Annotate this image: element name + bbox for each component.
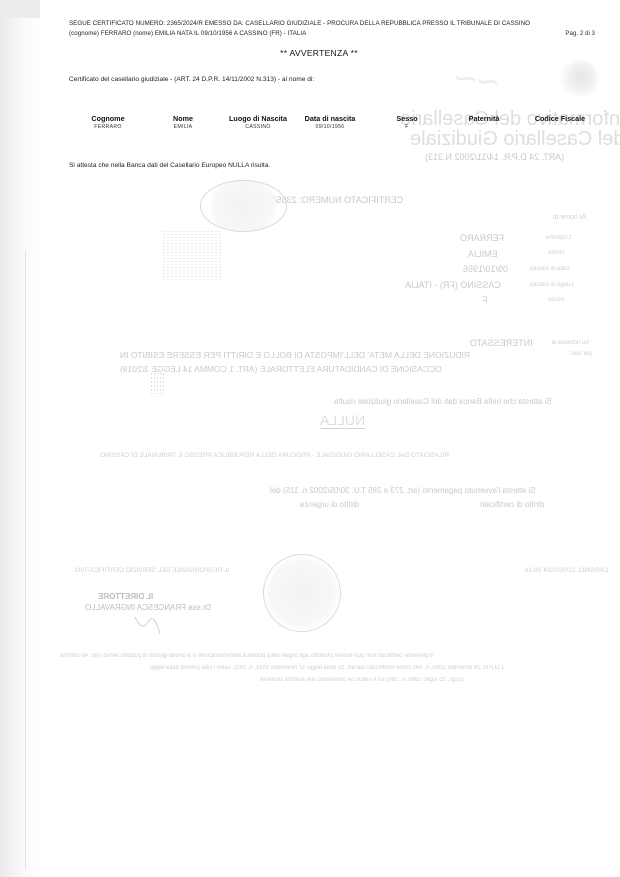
european-registry-statement: Si attesta che nella Banca dati del Case… <box>69 162 270 169</box>
ghost-pagamento: Si attesta l'avvenuto pagamento (art. 27… <box>270 486 536 495</box>
cell-nome: EMILIA <box>174 124 193 130</box>
column-header-luogo-nascita: Luogo di Nascita <box>229 114 287 123</box>
ghost-nulla: NULLA <box>320 412 365 429</box>
scan-edge-shadow <box>0 0 40 18</box>
ghost-diritto-certificato: diritto di certificato <box>480 500 544 509</box>
page-indicator: Pag. 2 di 3 <box>565 30 595 37</box>
ghost-diritto-urgenza: diritto di urgenza <box>300 500 359 509</box>
ghost-uso-line-1: RIDUZIONE DELLA META' DELL'IMPOSTA DI BO… <box>120 350 470 360</box>
page-fold-line <box>25 250 26 870</box>
stamp-noise <box>162 230 222 280</box>
republic-emblem-icon <box>566 62 596 96</box>
column-header-data-nascita: Data di nascita <box>305 114 356 123</box>
ghost-field-label: Luogo di nascita <box>530 282 574 288</box>
ghost-rilasciato: RILASCIATO DAL CASELLARIO GIUDIZIALE - P… <box>100 452 449 459</box>
ghost-footnote-2: 1 D.P.R. 28 dicembre 2000, n. 445 come m… <box>150 665 504 671</box>
intro-text: Certificato del casellario giudiziale - … <box>69 76 314 83</box>
ghost-field-label: Sesso <box>548 297 565 303</box>
ghost-stamp <box>200 180 287 232</box>
cell-luogo-nascita: CASSINO <box>245 124 270 130</box>
column-header-cognome: Cognome <box>91 114 124 123</box>
ghost-field-label: Cognome <box>545 235 571 241</box>
ghost-round-seal <box>263 554 341 632</box>
ghost-richiesta-value: INTERESSATO <box>470 338 533 348</box>
ghost-banca-dati: Si attesta che nella Banca dati del Case… <box>332 397 552 406</box>
column-header-nome: Nome <box>173 114 193 123</box>
ghost-responsabile: IL RESPONSABILE DEL SERVIZIO CERTIFICATI… <box>75 567 229 574</box>
ghost-field-value: FERRARO <box>460 233 504 243</box>
header-line-2: (cognome) FERRARO (nome) EMILIA NATA IL … <box>69 30 306 37</box>
ghost-footnote-3: (d.lgs. 25 luglio 1998, n. 286) ed è val… <box>260 677 464 683</box>
column-header-sesso: Sesso <box>396 114 417 123</box>
ghost-watermark-script: ~~ <box>452 57 502 106</box>
ghost-direttore-1: IL DIRETTORE <box>98 592 153 601</box>
ghost-heading-2: Certificato del Casellario Giudiziale <box>410 128 620 151</box>
column-header-paternita: Paternità <box>469 114 500 123</box>
ghost-richiesta-label: Su richiesta di: <box>550 340 589 346</box>
ghost-field-label: Data di nascita <box>530 266 570 272</box>
cell-data-nascita: 09/10/1956 <box>316 124 345 130</box>
ghost-field-value: EMILIA <box>468 249 498 259</box>
ghost-footnote-1: Il presente certificato non può essere p… <box>60 653 433 659</box>
ghost-field-label: Nome <box>548 250 564 256</box>
ghost-al-nome-di: Al nome di <box>553 214 586 221</box>
ghost-field-value: F <box>482 295 488 305</box>
column-header-codice-fiscale: Codice Fiscale <box>535 114 585 123</box>
cell-cognome: FERRARO <box>94 124 121 130</box>
ghost-uso-line-2: OCCASIONE DI CANDIDATURA ELETTORALE (ART… <box>120 364 442 374</box>
cell-sesso: F <box>405 124 408 130</box>
ghost-uso-label: per uso: <box>570 351 592 357</box>
ghost-field-value: CASSINO (FR) - ITALIA <box>405 280 501 290</box>
document-title: ** AVVERTENZA ** <box>0 48 620 58</box>
ghost-heading-3: (ART. 24 D.P.R. 14/11/2002 N.313) <box>425 152 564 162</box>
ghost-signature <box>130 612 170 642</box>
header-line-1: SEGUE CERTIFICATO NUMERO: 2365/2024/R EM… <box>69 20 530 27</box>
ghost-field-value: 09/10/1956 <box>463 264 508 274</box>
ghost-luogo-data: CASSINO, 22/05/2024 09:14 <box>525 567 608 574</box>
stamp-noise <box>150 372 164 394</box>
ghost-direttore-2: Dr.ssa FRANCESCA INGRAVALLO <box>85 603 211 612</box>
